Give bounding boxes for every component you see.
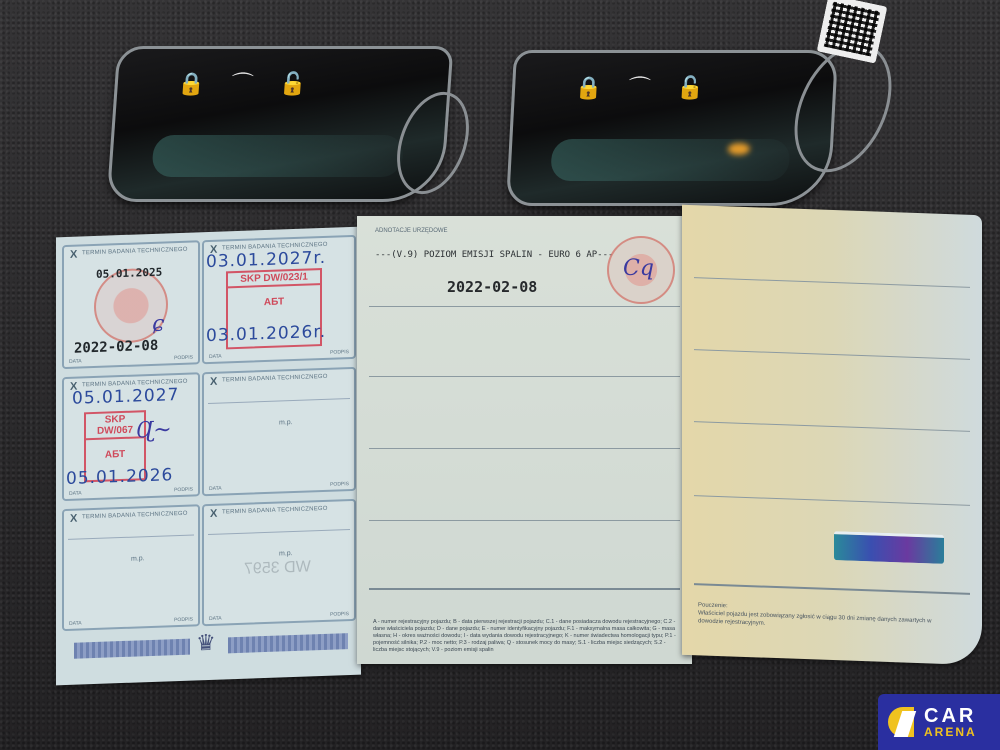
stamp-label: АБТ [228,285,320,309]
rule-line [694,495,970,506]
registration-document: X TERMIN BADANIA TECHNICZNEGO 05.01.2025… [52,210,982,680]
trunk-icon: ⌒ [628,77,651,99]
right-key-fob: 🔒 ⌒ 🔓 [506,50,838,206]
legend-divider [369,588,680,590]
fob-reflection [550,139,790,181]
inspection-box-6: X TERMIN BADANIA TECHNICZNEGO m.p. WD 35… [202,499,356,626]
x-mark: X [70,249,77,261]
car-arena-logo-icon [888,707,918,737]
left-page: X TERMIN BADANIA TECHNICZNEGO 05.01.2025… [56,227,361,686]
footer-podpis-label: PODPIS [174,617,193,624]
handwritten-date-bottom: 05.01.2026 [66,465,173,489]
footer-podpis-label: PODPIS [330,611,349,618]
trunk-icon: ⌒ [230,73,254,95]
brand-name-bottom: ARENA [924,726,977,738]
car-arena-logo: CAR ARENA [878,694,1000,750]
x-mark: X [210,376,217,388]
rule-line [369,520,680,521]
rule-line [369,376,680,377]
fob-reflection [151,135,404,177]
inspection-box-3: X TERMIN BADANIA TECHNICZNEGO 05.01.2027… [62,372,200,501]
divider [208,398,350,404]
stamp-date: 05.01.2025 [96,266,162,281]
middle-page: ADNOTACJE URZĘDOWE ---(V.9) POZIOM EMISJ… [357,216,692,664]
footer-podpis-label: PODPIS [330,349,349,356]
notice: Pouczenie: Właściciel pojazdu jest zobow… [698,601,952,634]
handwritten-date-bottom: 03.01.2026r. [206,322,326,346]
inspection-box-2: X TERMIN BADANIA TECHNICZNEGO 03.01.2027… [202,235,356,364]
box-header: TERMIN BADANIA TECHNICZNEGO [82,511,188,521]
inspection-box-4: X TERMIN BADANIA TECHNICZNEGO m.p. DATA … [202,367,356,496]
footer-podpis-label: PODPIS [330,481,349,488]
bleed-through-text: WD 3597 [244,558,311,578]
notice-divider [694,583,970,595]
footer-data-label: DATA [69,490,82,496]
handwritten-date-top: 05.01.2027 [72,385,179,409]
unlock-icon: 🔓 [278,73,307,95]
inspection-box-1: X TERMIN BADANIA TECHNICZNEGO 05.01.2025… [62,240,200,369]
printed-date: 2022-02-08 [74,338,158,357]
signature: ɕ [152,312,164,337]
rule-line [369,448,680,449]
annotation-date: 2022-02-08 [447,278,537,296]
footer-data-label: DATA [209,616,222,622]
security-band-right [228,633,348,653]
right-page: Pouczenie: Właściciel pojazdu jest zobow… [682,205,982,665]
rule-line [694,277,970,288]
mp-label: m.p. [131,555,145,562]
footer-podpis-label: PODPIS [174,487,193,494]
lock-icon: 🔒 [575,77,604,99]
security-band-left [74,639,190,659]
brand-name-top: CAR [924,706,977,726]
rule-line [694,421,970,432]
footer-data-label: DATA [209,486,222,492]
x-mark: X [210,508,217,520]
inspection-box-5: X TERMIN BADANIA TECHNICZNEGO m.p. DATA … [62,504,200,631]
footer-data-label: DATA [69,620,82,626]
rule-line [694,349,970,360]
signature: Cq [623,256,654,281]
rule-line [369,306,680,307]
x-mark: X [70,513,77,525]
box-header: TERMIN BADANIA TECHNICZNEGO [222,374,328,384]
box-header: TERMIN BADANIA TECHNICZNEGO [222,506,328,516]
divider [208,529,350,535]
signature: Ɋ~ [136,417,172,443]
footer-podpis-label: PODPIS [174,355,193,362]
lock-icon: 🔒 [177,73,206,95]
box-header: TERMIN BADANIA TECHNICZNEGO [82,247,188,257]
eagle-emblem-icon: ♛ [196,630,216,657]
footer-data-label: DATA [69,358,82,364]
unlock-icon: 🔓 [676,77,705,99]
field-legend-text: A - numer rejestracyjny pojazdu; B - dat… [373,619,680,654]
divider [68,535,194,540]
footer-data-label: DATA [209,354,222,360]
mp-label: m.p. [279,550,293,557]
mp-label: m.p. [279,419,293,426]
section-label: ADNOTACJE URZĘDOWE [375,228,448,234]
security-hologram [834,531,944,564]
emission-level-line: ---(V.9) POZIOM EMISJI SPALIN - EURO 6 A… [375,250,613,260]
